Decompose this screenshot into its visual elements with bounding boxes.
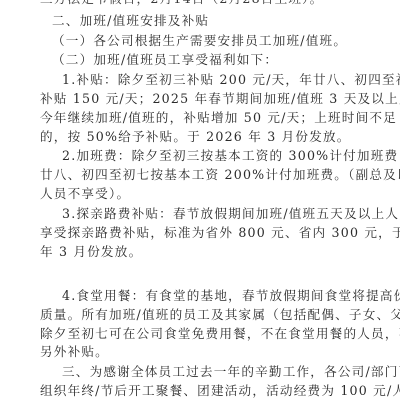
benefit-1-line-3: 今年继续加班/值班的，补贴增加 50 元/天；上班时间不足 8 小时: [40, 110, 400, 126]
benefit-3-line-3: 年 3 月份发放。: [40, 244, 142, 260]
benefit-4-line-3: 除夕至初七可在公司食堂免费用餐，不在食堂用餐的人员，不予: [40, 326, 400, 342]
benefit-2-line-1: 2.加班费：除夕至初三按基本工资的 300%计付加班费；年: [62, 148, 400, 164]
benefit-1-line-2: 补贴 150 元/天；2025 年春节期间加班/值班 3 天及以上人员，: [40, 91, 400, 107]
clipped-top-line: 三方法定节假日，2月14日（2月28日上班）。: [40, 0, 323, 7]
benefit-2-line-3: 人员不享受）。: [40, 186, 130, 202]
benefit-4-line-1: 4.食堂用餐：有食堂的基地，春节放假期间食堂将提高伙食: [62, 288, 400, 304]
benefit-4-line-4: 另外补贴。: [40, 344, 109, 360]
section-two-item-one: （一）各公司根据生产需要安排员工加班/值班。: [52, 33, 347, 49]
benefit-1-line-4: 的，按 50%给予补贴。于 2026 年 3 月份发放。: [40, 129, 351, 145]
section-two-heading: 二、加班/值班安排及补贴: [52, 13, 209, 29]
benefit-4-line-2: 质量。所有加班/值班的员工及其家属（包括配偶、子女、父母）: [40, 307, 400, 323]
benefit-2-line-2: 廿八、初四至初七按基本工资 200%计付加班费。（副总及以上: [40, 167, 400, 183]
benefit-3-line-2: 享受探亲路费补贴，标准为省外 800 元、省内 300 元，于 2026: [40, 225, 400, 241]
benefit-1-line-1: 1.补贴：除夕至初三补贴 200 元/天，年廿八、初四至初七: [62, 72, 400, 88]
section-three-line-1: 三、为感谢全体员工过去一年的辛勤工作，各公司/部门可: [62, 364, 400, 380]
section-two-item-two: （二）加班/值班员工享受福利如下：: [52, 52, 278, 68]
section-three-line-2: 组织年终/节后开工聚餐、团建活动，活动经费为 100 元/人，: [40, 383, 400, 399]
document-page: 三方法定节假日，2月14日（2月28日上班）。 二、加班/值班安排及补贴 （一）…: [0, 0, 400, 400]
benefit-3-line-1: 3.探亲路费补贴：春节放假期间加班/值班五天及以上人员，: [62, 206, 400, 222]
